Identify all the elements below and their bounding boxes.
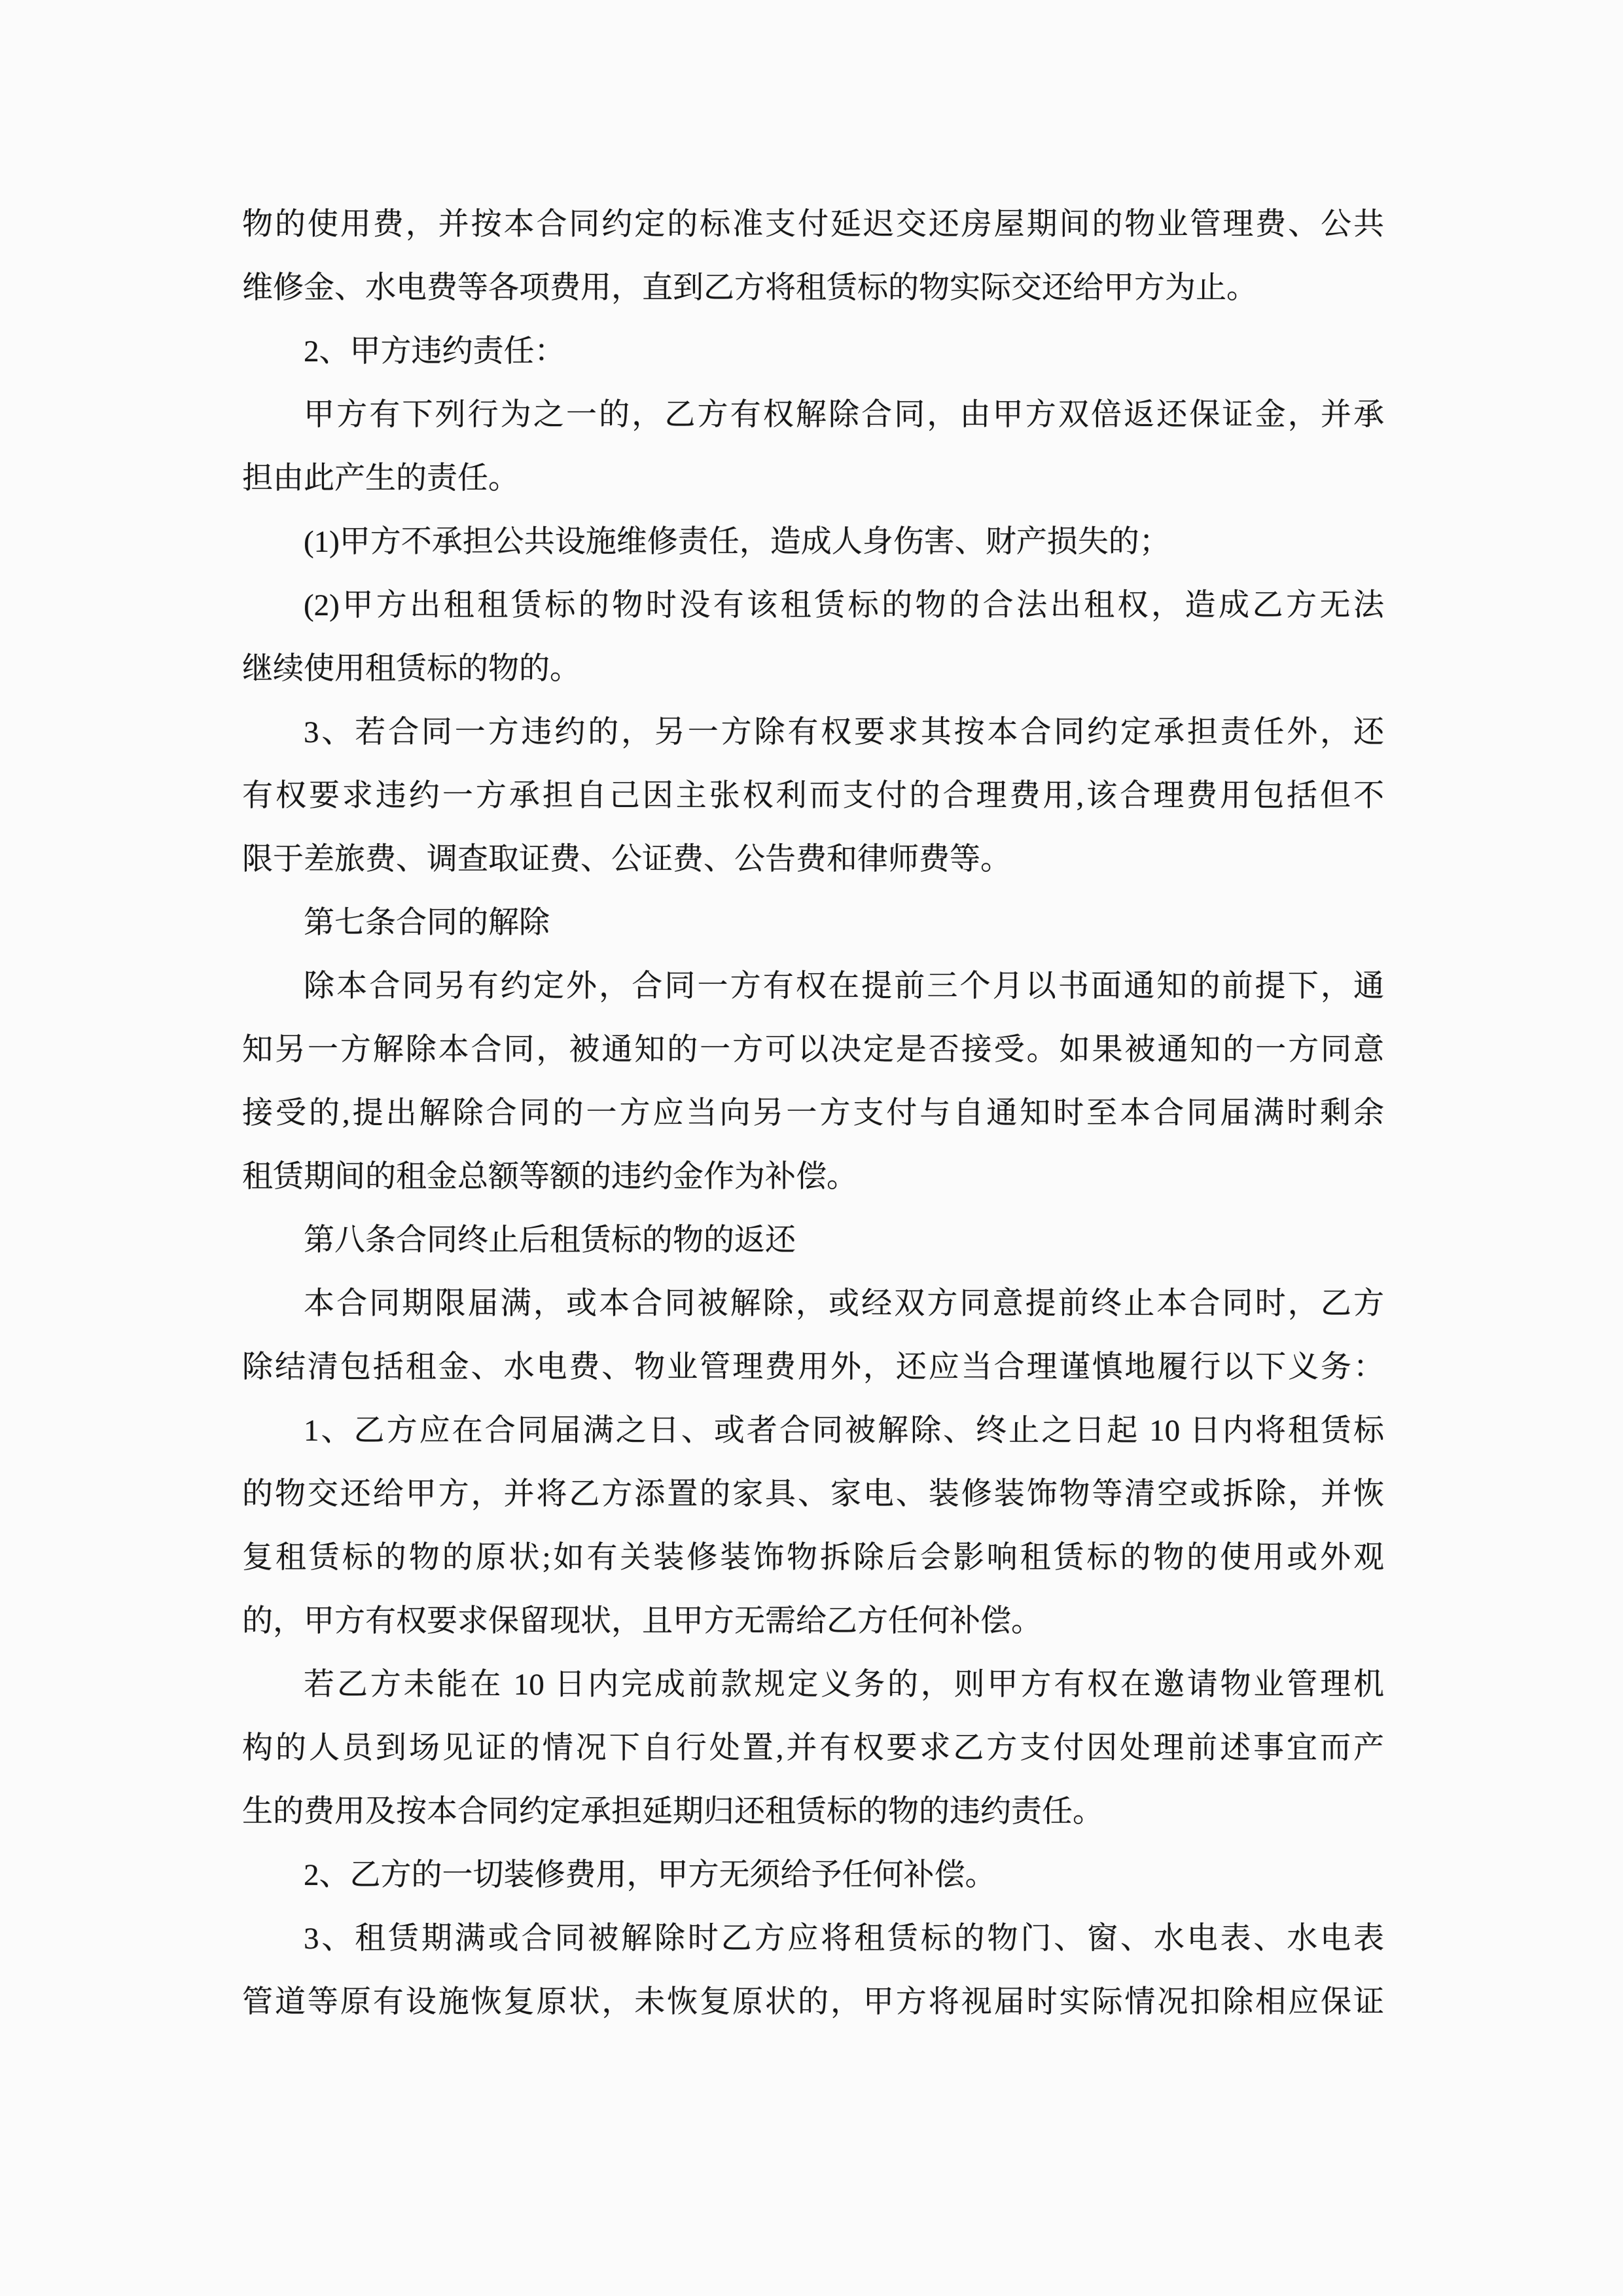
document-line: 除结清包括租金、水电费、物业管理费用外，还应当合理谨慎地履行以下义务： bbox=[242, 1336, 1384, 1399]
document-line: 2、甲方违约责任： bbox=[242, 320, 1384, 384]
document-line: 除本合同另有约定外，合同一方有权在提前三个月以书面通知的前提下，通 bbox=[242, 955, 1384, 1018]
document-line: 知另一方解除本合同，被通知的一方可以决定是否接受。如果被通知的一方同意 bbox=[242, 1018, 1384, 1082]
document-line: 3、若合同一方违约的，另一方除有权要求其按本合同约定承担责任外，还 bbox=[242, 701, 1384, 764]
document-line: 3、租赁期满或合同被解除时乙方应将租赁标的物门、窗、水电表、水电表 bbox=[242, 1907, 1384, 1971]
document-line: 本合同期限届满，或本合同被解除，或经双方同意提前终止本合同时，乙方 bbox=[242, 1272, 1384, 1336]
document-line: 接受的,提出解除合同的一方应当向另一方支付与自通知时至本合同届满时剩余 bbox=[242, 1082, 1384, 1145]
document-line: 复租赁标的物的原状;如有关装修装饰物拆除后会影响租赁标的物的使用或外观 bbox=[242, 1526, 1384, 1590]
document-line: 构的人员到场见证的情况下自行处置,并有权要求乙方支付因处理前述事宜而产 bbox=[242, 1717, 1384, 1780]
document-line: 1、乙方应在合同届满之日、或者合同被解除、终止之日起 10 日内将租赁标 bbox=[242, 1399, 1384, 1463]
document-line: 第八条合同终止后租赁标的物的返还 bbox=[242, 1209, 1384, 1272]
document-line: 物的使用费，并按本合同约定的标准支付延迟交还房屋期间的物业管理费、公共 bbox=[242, 193, 1384, 257]
document-line: 租赁期间的租金总额等额的违约金作为补偿。 bbox=[242, 1145, 1384, 1209]
document-line: 限于差旅费、调查取证费、公证费、公告费和律师费等。 bbox=[242, 828, 1384, 891]
document-line: 继续使用租赁标的物的。 bbox=[242, 637, 1384, 701]
document-line: 生的费用及按本合同约定承担延期归还租赁标的物的违约责任。 bbox=[242, 1780, 1384, 1844]
document-line: 维修金、水电费等各项费用，直到乙方将租赁标的物实际交还给甲方为止。 bbox=[242, 257, 1384, 320]
document-page: 物的使用费，并按本合同约定的标准支付延迟交还房屋期间的物业管理费、公共 维修金、… bbox=[0, 0, 1623, 2296]
document-line: (1)甲方不承担公共设施维修责任，造成人身伤害、财产损失的； bbox=[242, 511, 1384, 574]
document-line: 2、乙方的一切装修费用，甲方无须给予任何补偿。 bbox=[242, 1844, 1384, 1907]
document-line: 第七条合同的解除 bbox=[242, 891, 1384, 955]
document-line: 甲方有下列行为之一的，乙方有权解除合同，由甲方双倍返还保证金，并承 bbox=[242, 384, 1384, 447]
document-line: 的，甲方有权要求保留现状，且甲方无需给乙方任何补偿。 bbox=[242, 1590, 1384, 1653]
document-line: 担由此产生的责任。 bbox=[242, 447, 1384, 511]
document-line: 管道等原有设施恢复原状，未恢复原状的，甲方将视届时实际情况扣除相应保证 bbox=[242, 1971, 1384, 2034]
document-line: 有权要求违约一方承担自己因主张权利而支付的合理费用,该合理费用包括但不 bbox=[242, 764, 1384, 828]
document-line: 若乙方未能在 10 日内完成前款规定义务的，则甲方有权在邀请物业管理机 bbox=[242, 1653, 1384, 1717]
document-line: (2)甲方出租租赁标的物时没有该租赁标的物的合法出租权，造成乙方无法 bbox=[242, 574, 1384, 637]
document-line: 的物交还给甲方，并将乙方添置的家具、家电、装修装饰物等清空或拆除，并恢 bbox=[242, 1463, 1384, 1526]
